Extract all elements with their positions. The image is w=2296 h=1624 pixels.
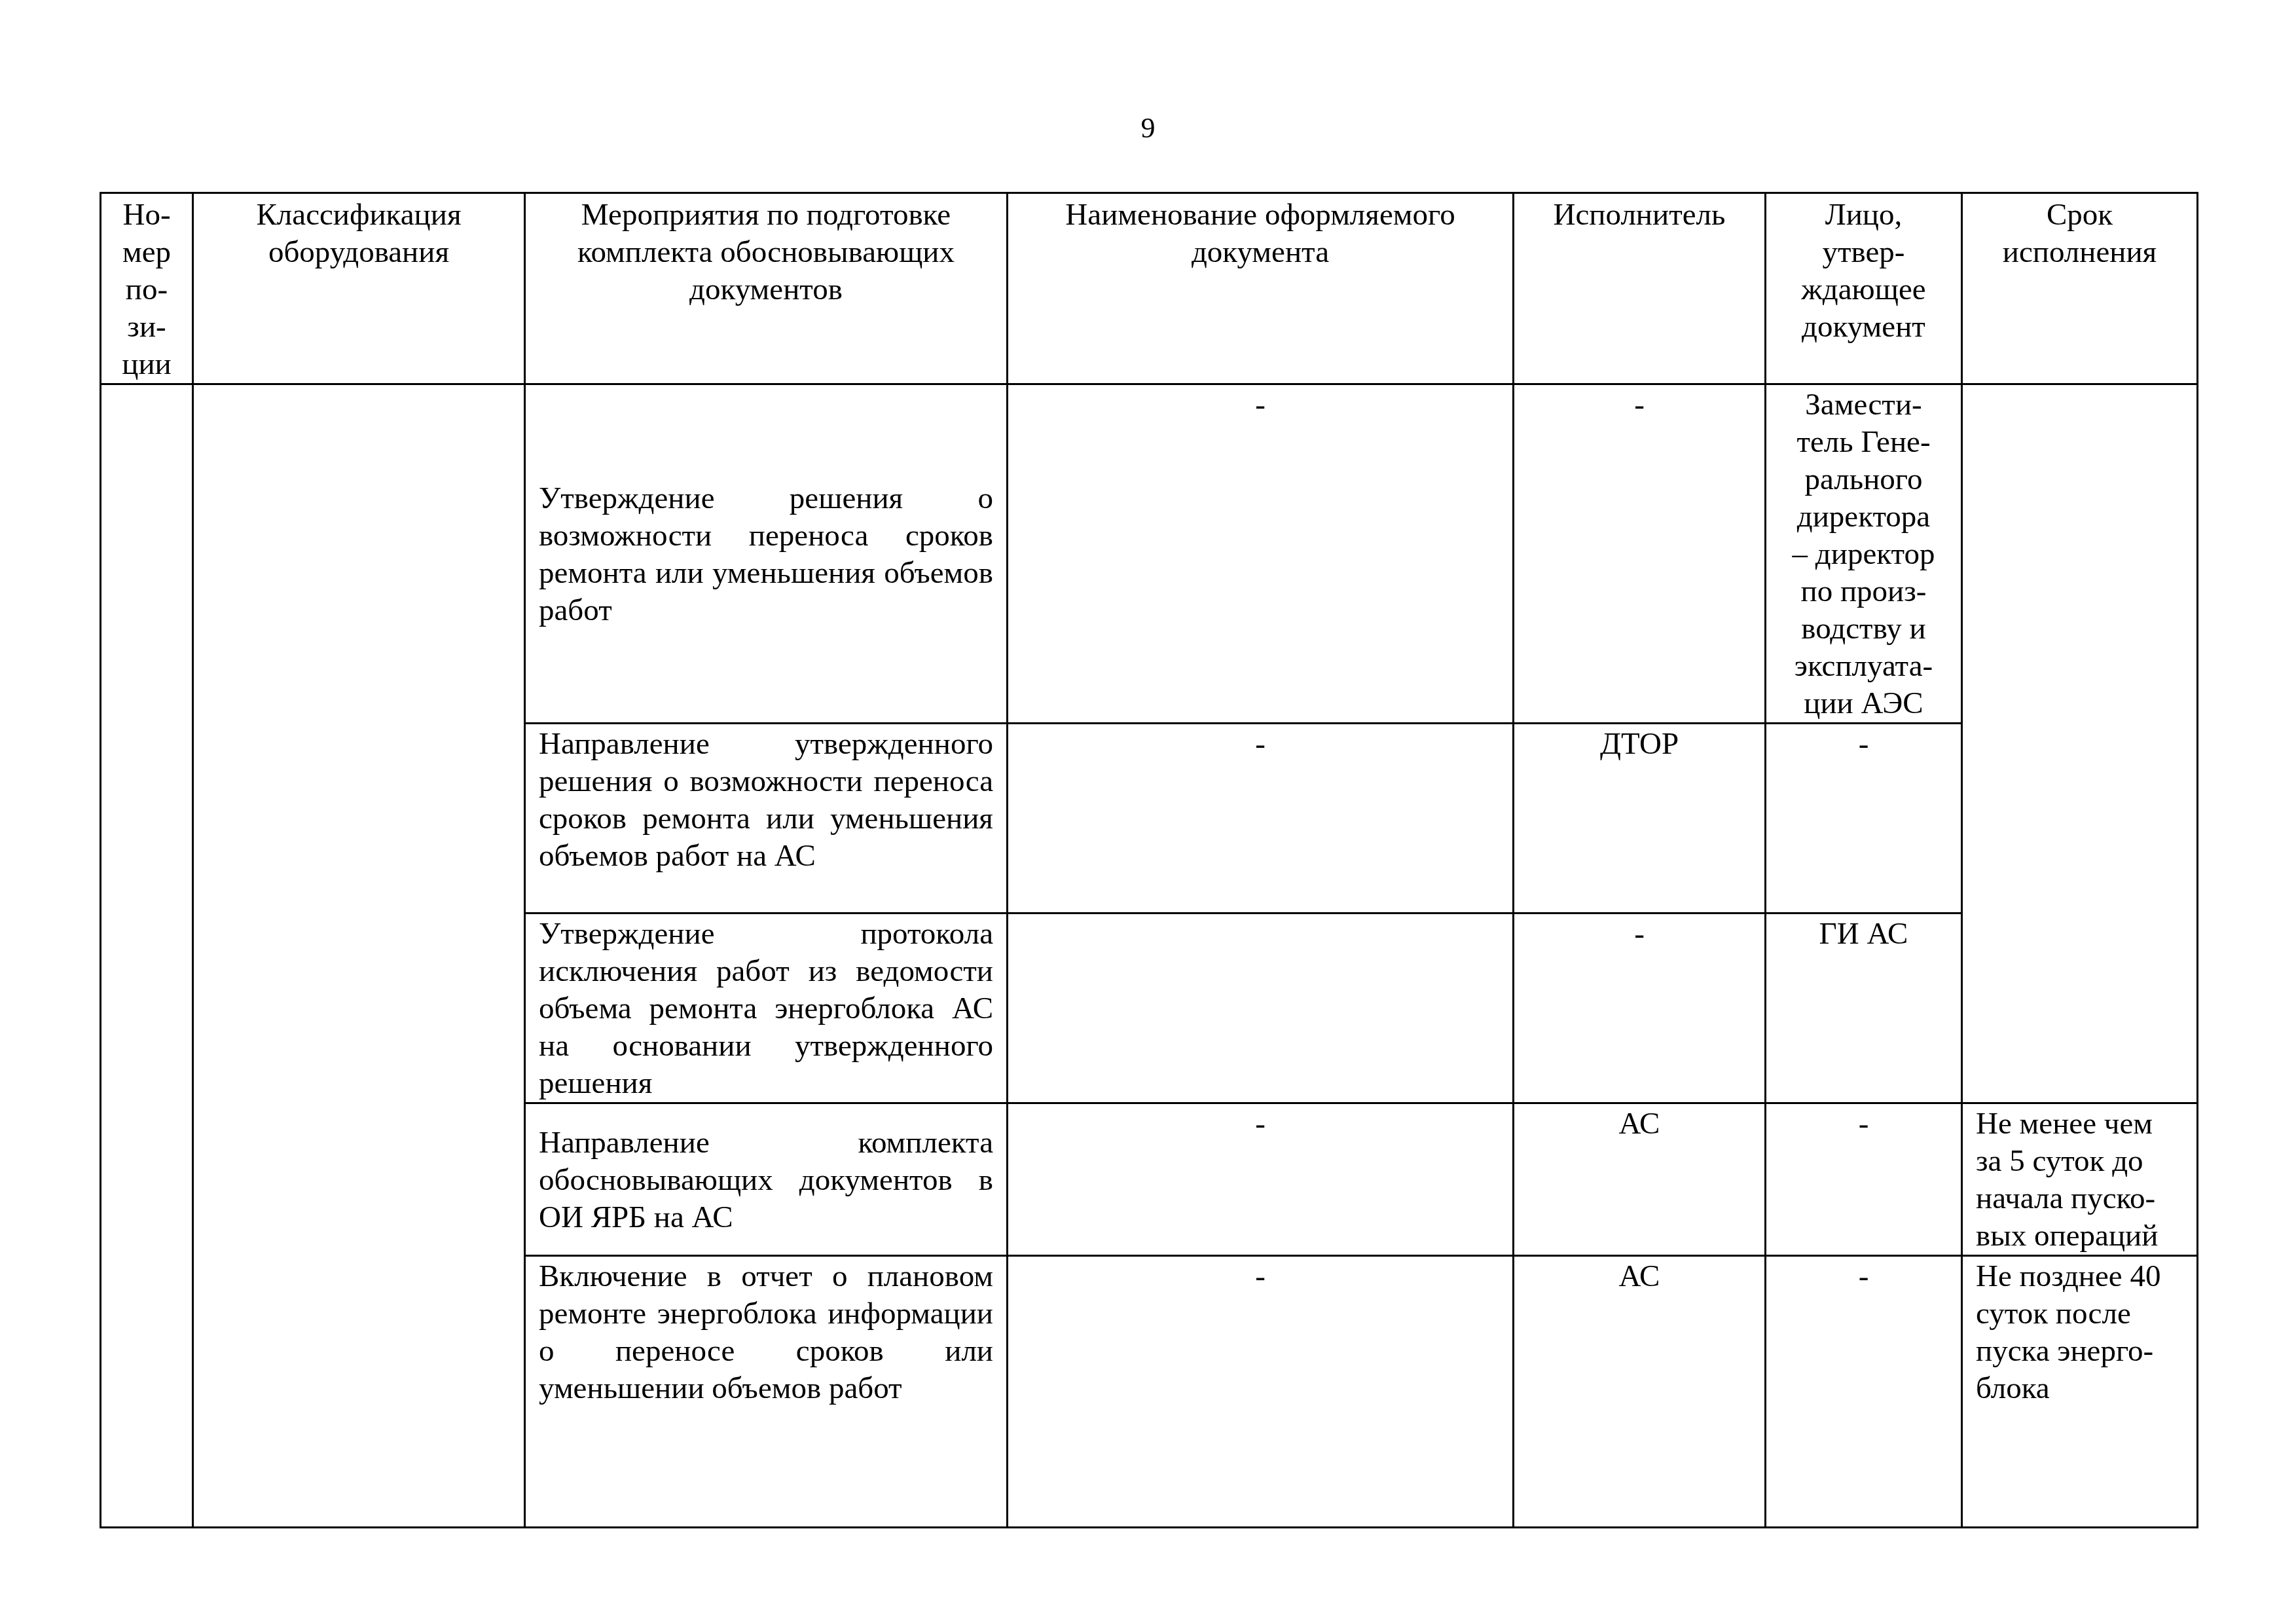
position-number-cell [101,384,193,1528]
executor-cell: - [1514,384,1766,724]
page-number: 9 [0,110,2296,147]
document-name-cell [1008,913,1514,1103]
document-name-cell: - [1008,724,1514,913]
approver-cell: - [1766,724,1962,913]
approver-cell: - [1766,1256,1962,1528]
activity-cell: Включение в отчет о плановом ремонте эне… [525,1256,1008,1528]
equipment-classification-cell [193,384,525,1528]
deadline-cell: Не менее чем за 5 суток до начала пуско-… [1962,1103,2198,1256]
document-name-cell: - [1008,1256,1514,1528]
approver-cell: Замести- тель Гене- рального директора –… [1766,384,1962,724]
executor-cell: - [1514,913,1766,1103]
approver-cell: ГИ АС [1766,913,1962,1103]
header-equipment-classification: Классификация оборудования [193,193,525,384]
header-document-name: Наименование оформляемого документа [1008,193,1514,384]
header-executor: Исполнитель [1514,193,1766,384]
document-name-cell: - [1008,384,1514,724]
header-activities: Мероприятия по подготовке комплекта обос… [525,193,1008,384]
deadline-cell [1962,384,2198,1103]
measures-table: Но- мер по- зи- ции Классификация оборуд… [100,192,2198,1528]
table-row: Утверждение решения о возможности перено… [101,384,2198,724]
header-position-number: Но- мер по- зи- ции [101,193,193,384]
executor-cell: АС [1514,1103,1766,1256]
activity-cell: Направление утвержденного решения о возм… [525,724,1008,913]
header-approver: Лицо, утвер- ждающее документ [1766,193,1962,384]
deadline-cell: Не позднее 40 суток после пуска энерго- … [1962,1256,2198,1528]
executor-cell: ДТОР [1514,724,1766,913]
header-deadline: Срок исполнения [1962,193,2198,384]
table-header-row: Но- мер по- зи- ции Классификация оборуд… [101,193,2198,384]
document-name-cell: - [1008,1103,1514,1256]
executor-cell: АС [1514,1256,1766,1528]
activity-cell: Утверждение протокола исключения работ и… [525,913,1008,1103]
activity-cell: Направление комплекта обосновывающих док… [525,1103,1008,1256]
activity-cell: Утверждение решения о возможности перено… [525,384,1008,724]
approver-cell: - [1766,1103,1962,1256]
